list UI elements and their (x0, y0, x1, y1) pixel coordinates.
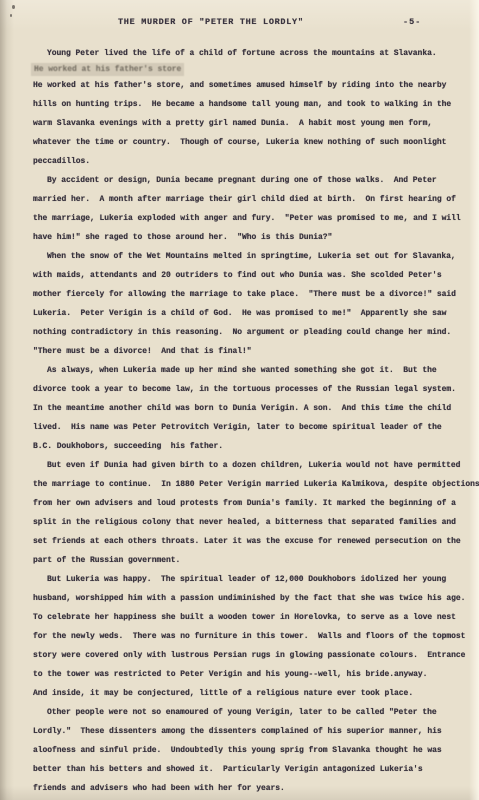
text-line: the marriage, Lukeria exploded with ange… (33, 209, 479, 228)
text-line: with maids, attendants and 20 outriders … (33, 266, 479, 285)
text-line: But Lukeria was happy. The spiritual lea… (33, 570, 479, 589)
text-line: warm Slavanka evenings with a pretty gir… (33, 114, 479, 133)
text-line: mother fiercely for allowing the marriag… (33, 285, 479, 304)
text-line: to the tower was restricted to Peter Ver… (33, 665, 479, 684)
text-line: Young Peter lived the life of a child of… (33, 44, 479, 63)
erased-text-line: He worked at his father's store (31, 63, 184, 76)
page-body: Young Peter lived the life of a child of… (33, 44, 479, 798)
text-line: Lukeria. Peter Verigin is a child of God… (33, 304, 479, 323)
text-line: have him!" she raged to those around her… (33, 228, 479, 247)
text-line: from her own advisers and loud protests … (33, 494, 479, 513)
text-line: B.C. Doukhobors, succeeding his father. (33, 437, 479, 456)
text-line: divorce took a year to become law, in th… (33, 380, 479, 399)
text-line: And inside, it may be conjectured, littl… (33, 684, 479, 703)
text-line: When the snow of the Wet Mountains melte… (33, 247, 479, 266)
text-line: lived. His name was Peter Petrovitch Ver… (33, 418, 479, 437)
page-title: THE MURDER OF "PETER THE LORDLY" (118, 17, 304, 27)
text-line: By accident or design, Dunia became preg… (33, 171, 479, 190)
text-line: married her. A month after marriage thei… (33, 190, 479, 209)
text-line: story were covered only with lustrous Pe… (33, 646, 479, 665)
text-line: But even if Dunia had given birth to a d… (33, 456, 479, 475)
text-line: split in the religious colony that never… (33, 513, 479, 532)
text-line: whatever the time or country. Though of … (33, 133, 479, 152)
text-line: Lordly." These dissenters among the diss… (33, 722, 479, 741)
text-line: hills on hunting trips. He became a hand… (33, 95, 479, 114)
text-line: As always, when Lukeria made up her mind… (33, 361, 479, 380)
text-line: husband, worshipped him with a passion u… (33, 589, 479, 608)
text-line: In the meantime another child was born t… (33, 399, 479, 418)
page-number: -5- (403, 17, 421, 27)
document-page: THE MURDER OF "PETER THE LORDLY" -5- You… (0, 0, 479, 800)
text-line: the marriage to continue. In 1880 Peter … (33, 475, 479, 494)
text-line: Other people were not so enamoured of yo… (33, 703, 479, 722)
text-line: "There must be a divorce! And that is fi… (33, 342, 479, 361)
scan-speck (12, 5, 15, 9)
text-line: set friends at each others throats. Late… (33, 532, 479, 551)
text-line: better than his betters and showed it. P… (33, 760, 479, 779)
text-line: aloofness and sinful pride. Undoubtedly … (33, 741, 479, 760)
text-line: nothing contradictory in this reasoning.… (33, 323, 479, 342)
text-line: for the newly weds. There was no furnitu… (33, 627, 479, 646)
text-line: friends and advisers who had been with h… (33, 779, 479, 798)
text-line: He worked at his father's store, and som… (33, 76, 479, 95)
text-line: part of the Russian government. (33, 551, 479, 570)
text-line: To celebrate her happiness she built a w… (33, 608, 479, 627)
page-header: THE MURDER OF "PETER THE LORDLY" -5- (0, 17, 479, 31)
text-line: peccadillos. (33, 152, 479, 171)
